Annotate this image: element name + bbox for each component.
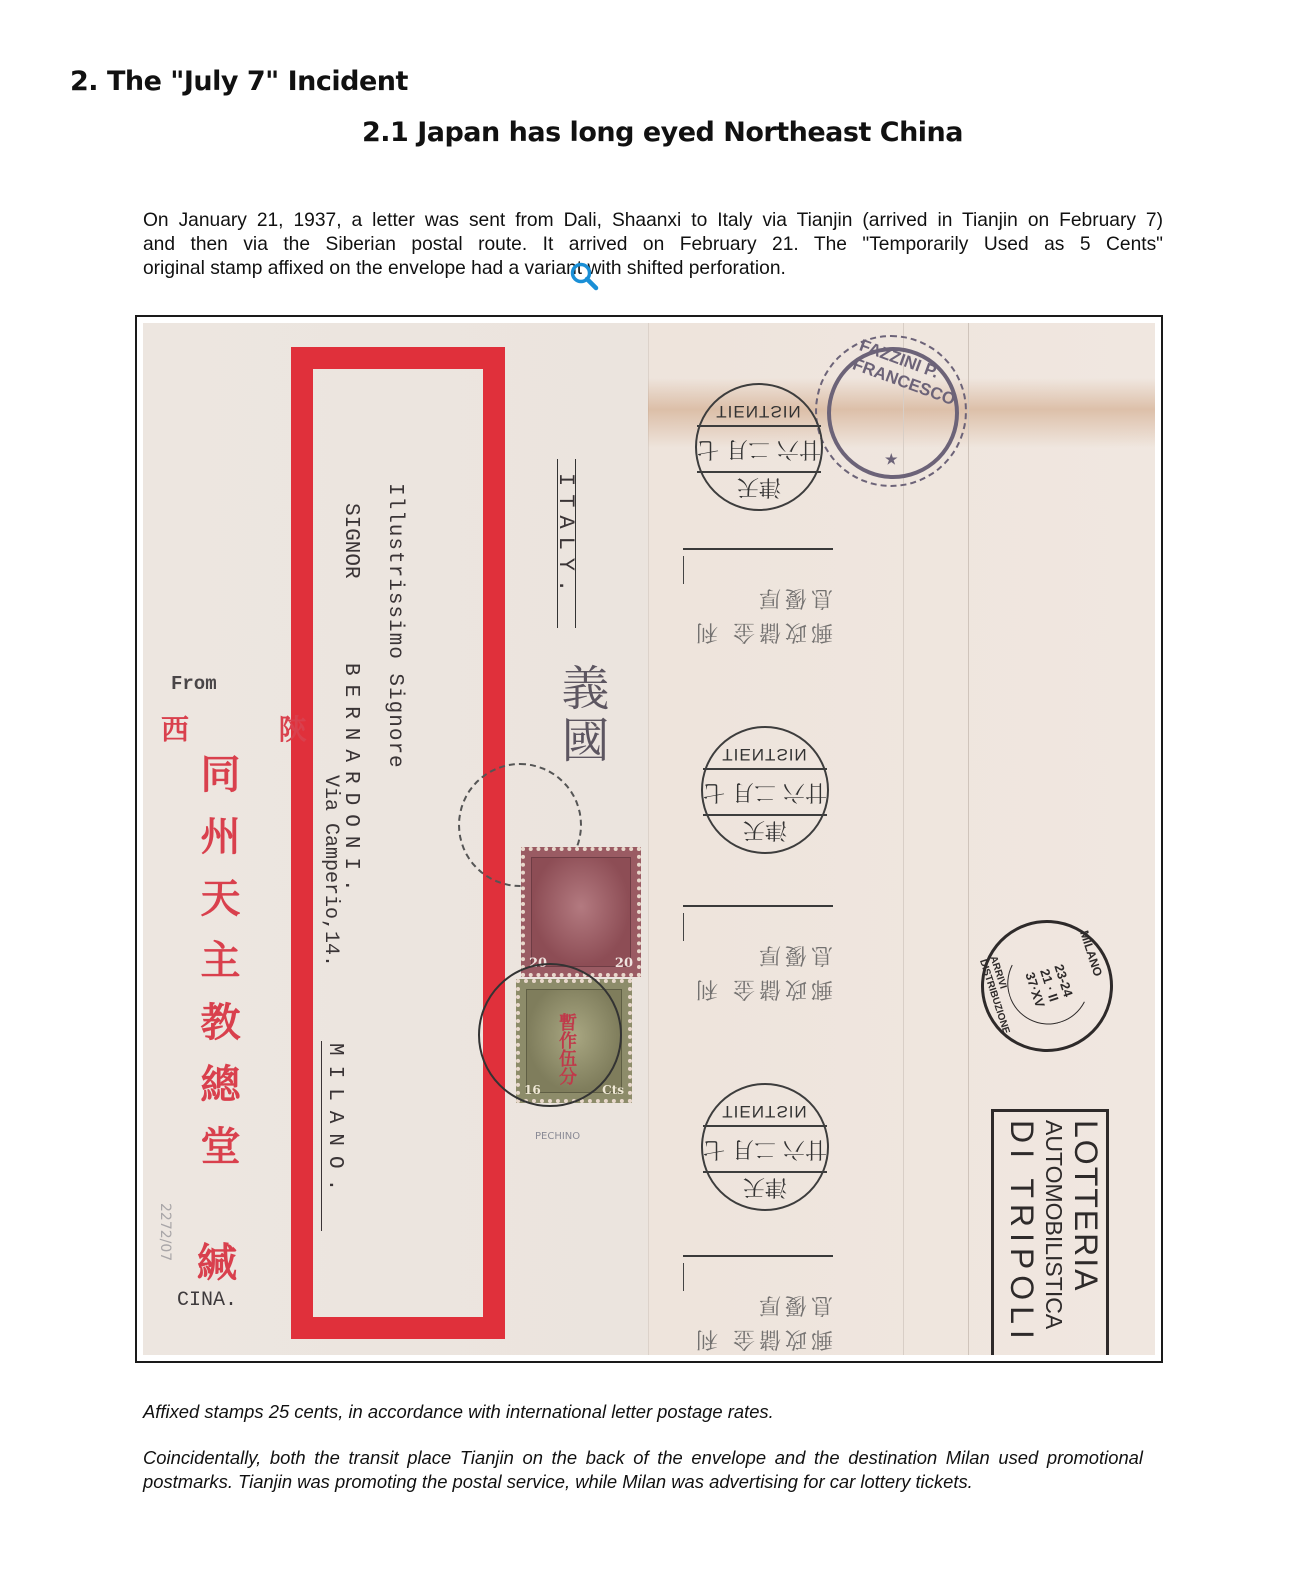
address-salutation: Illustrissimo Signore (383, 483, 406, 769)
dali-postmark-2 (478, 963, 622, 1107)
tianjin-postmark: TIENTSIN 廿六 二月 七 津天 (701, 726, 829, 854)
tianjin-postmark: TIENTSIN 廿六 二月 七 津天 (701, 1083, 829, 1211)
address-name: BERNARDONI. (339, 663, 362, 901)
destination-country: ITALY. (553, 473, 578, 600)
lottery-line-2: AUTOMOBILISTICA (1038, 1120, 1070, 1345)
tianjin-slogan: 郵政儲金 利息優厚 (683, 1255, 833, 1355)
intro-paragraph: On January 21, 1937, a letter was sent f… (143, 209, 1163, 281)
destination-country-cn: 義國 (547, 663, 616, 767)
postmark-date: 廿六 二月 七 (703, 778, 827, 809)
city-underline (321, 1041, 322, 1231)
slogan-text: 郵政儲金 利息優厚 (691, 1287, 833, 1355)
address-city: MILANO. (323, 1043, 346, 1201)
lottery-slogan-box: LOTTERIA AUTOMOBILISTICA DI TRIPOLI (991, 1109, 1109, 1355)
sender-country: CINA. (177, 1289, 237, 1312)
envelope-image: Illustrissimo Signore SIGNOR BERNARDONI.… (143, 323, 1155, 1355)
envelope-figure: Illustrissimo Signore SIGNOR BERNARDONI.… (135, 315, 1163, 1363)
from-label: From (171, 673, 217, 695)
slogan-text: 郵政儲金 利息優厚 (691, 580, 833, 648)
intro-line-3: original stamp affixed on the envelope h… (143, 257, 1163, 281)
intro-line-2: and then via the Siberian postal route. … (143, 233, 1163, 257)
pencil-number: 2272/07 (157, 1203, 173, 1261)
postmark-name: TIENTSIN (697, 401, 821, 421)
sender-province: 西 陝 (161, 708, 347, 748)
fazzini-handstamp: FAZZINI P. FRANCESCO ★ (813, 333, 973, 493)
section-title: 2. The "July 7" Incident (70, 66, 408, 97)
stamp-value-right: Cts (602, 1083, 624, 1097)
stamp-20-cents: 20 20 (521, 847, 641, 977)
address-title: SIGNOR (339, 503, 362, 579)
star-icon: ★ (885, 451, 898, 468)
sender-name: 同州天主教總堂 (197, 753, 237, 1187)
postmark-date: 廿六 二月 七 (703, 1135, 827, 1166)
address-street: Via Camperio,14. (319, 775, 342, 967)
slogan-text: 郵政儲金 利息優厚 (691, 937, 833, 1005)
postmark-city: 津天 (697, 473, 821, 504)
lottery-line-3: DI TRIPOLI (1006, 1120, 1038, 1345)
postmark-city: 津天 (703, 816, 827, 847)
subsection-title: 2.1 Japan has long eyed Northeast China (0, 117, 1303, 148)
postmark-city: 津天 (703, 1173, 827, 1204)
stamp-value-right: 20 (615, 956, 633, 971)
postmark-name: TIENTSIN (703, 744, 827, 764)
tianjin-slogan: 郵政儲金 利息優厚 (683, 905, 833, 1027)
postmark-name: TIENTSIN (703, 1101, 827, 1121)
caption-postmarks: Coincidentally, both the transit place T… (143, 1446, 1143, 1494)
tianjin-postmark: TIENTSIN 廿六 二月 七 津天 (695, 383, 823, 511)
caption-postage: Affixed stamps 25 cents, in accordance w… (143, 1400, 1143, 1424)
intro-line-1: On January 21, 1937, a letter was sent f… (143, 209, 1163, 233)
postmark-date: 廿六 二月 七 (697, 435, 821, 466)
pencil-note: PECHINO (535, 1131, 580, 1142)
tianjin-slogan: 郵政儲金 利息優厚 (683, 548, 833, 670)
magnifier-icon[interactable] (568, 260, 602, 294)
sender-seal: 緘 (197, 1231, 237, 1288)
lottery-line-1: LOTTERIA (1070, 1120, 1102, 1345)
